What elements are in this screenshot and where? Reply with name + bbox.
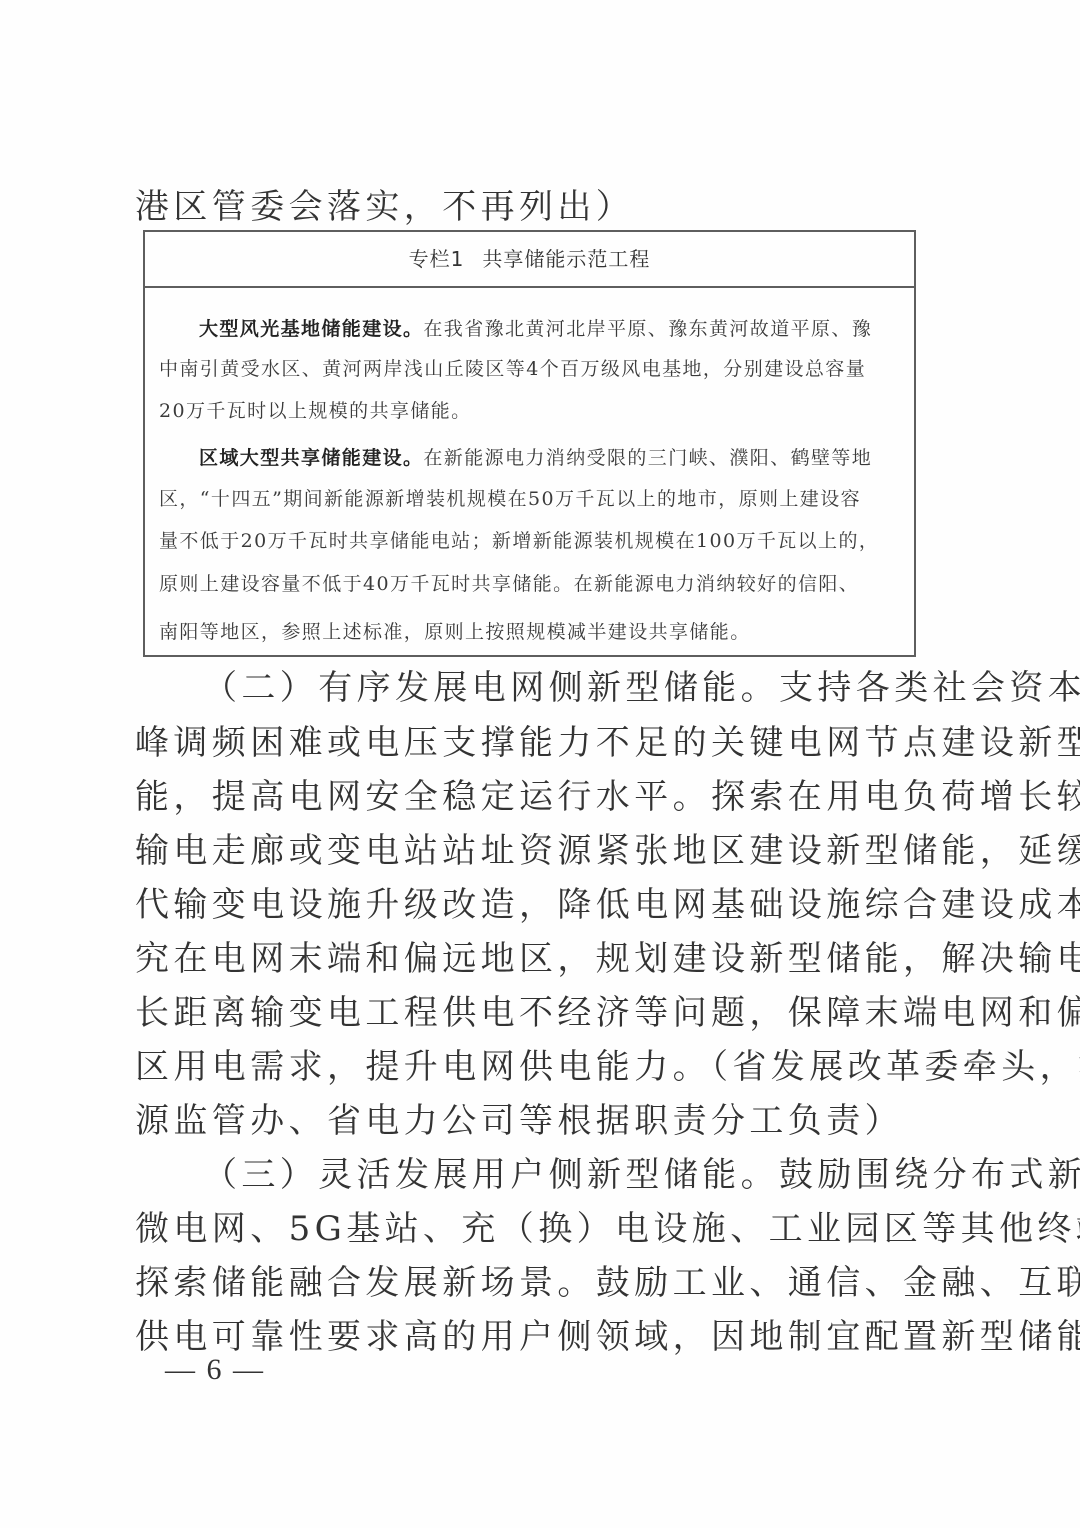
paragraph-2-line-4: 输电走廊或变电站站址资源紧张地区建设新型储能，延缓或替	[135, 824, 925, 878]
paragraph-2-line-1: （二）有序发展电网侧新型储能。支持各类社会资本在调	[135, 661, 993, 715]
paragraph-2-line-7: 长距离输变电工程供电不经济等问题，保障末端电网和偏远地	[135, 986, 925, 1040]
paragraph-2-line-3: 能，提高电网安全稳定运行水平。探索在用电负荷增长较快、	[135, 770, 925, 824]
section-2-line-3: 量不低于20万千瓦时共享储能电站；新增新能源装机规模在100万千瓦以上的，	[159, 520, 909, 562]
column-label: 专栏1	[409, 247, 465, 271]
document-page: 港区管委会落实，不再列出） 专栏1共享储能示范工程 大型风光基地储能建设。在我省…	[0, 0, 1080, 1528]
section-1-line-3: 20万千瓦时以上规模的共享储能。	[159, 390, 909, 432]
section-2-line-4: 原则上建设容量不低于40万千瓦时共享储能。在新能源电力消纳较好的信阳、	[159, 563, 909, 605]
column-title: 共享储能示范工程	[482, 247, 650, 271]
section-1-line-1: 大型风光基地储能建设。在我省豫北黄河北岸平原、豫东黄河故道平原、豫	[159, 308, 949, 350]
section-2-line-1: 区域大型共享储能建设。在新能源电力消纳受限的三门峡、濮阳、鹤壁等地	[159, 437, 949, 479]
paragraph-3-line-2: 微电网、5G基站、充（换）电设施、工业园区等其他终端用户，	[135, 1202, 925, 1256]
paragraph-2-line-5: 代输变电设施升级改造，降低电网基础设施综合建设成本。研	[135, 878, 925, 932]
paragraph-2-line-8: 区用电需求，提升电网供电能力。（省发展改革委牵头，河南能	[135, 1040, 925, 1094]
paragraph-3-line-3: 探索储能融合发展新场景。鼓励工业、通信、金融、互联网等	[135, 1256, 925, 1310]
section-2-line-2: 区，“十四五”期间新能源新增装机规模在50万千瓦以上的地市，原则上建设容	[159, 478, 909, 520]
opening-line: 港区管委会落实，不再列出）	[135, 180, 925, 234]
paragraph-2-line-9: 源监管办、省电力公司等根据职责分工负责）	[135, 1094, 925, 1148]
section-2-line-5: 南阳等地区，参照上述标准，原则上按照规模减半建设共享储能。	[159, 611, 909, 653]
column-box-title: 专栏1共享储能示范工程	[145, 232, 914, 288]
paragraph-3-line-1: （三）灵活发展用户侧新型储能。鼓励围绕分布式新能源、	[135, 1148, 993, 1202]
paragraph-2-line-2: 峰调频困难或电压支撑能力不足的关键电网节点建设新型储	[135, 716, 925, 770]
paragraph-2-line-6: 究在电网末端和偏远地区，规划建设新型储能，解决输电阻塞、	[135, 932, 925, 986]
page-number: — 6 —	[165, 1350, 265, 1390]
column-box-shared-storage: 专栏1共享储能示范工程 大型风光基地储能建设。在我省豫北黄河北岸平原、豫东黄河故…	[143, 230, 916, 657]
section-1-heading: 大型风光基地储能建设。	[199, 318, 423, 340]
section-1-line-2: 中南引黄受水区、黄河两岸浅山丘陵区等4个百万级风电基地，分别建设总容量	[159, 348, 909, 390]
section-2-heading: 区域大型共享储能建设。	[199, 447, 423, 469]
